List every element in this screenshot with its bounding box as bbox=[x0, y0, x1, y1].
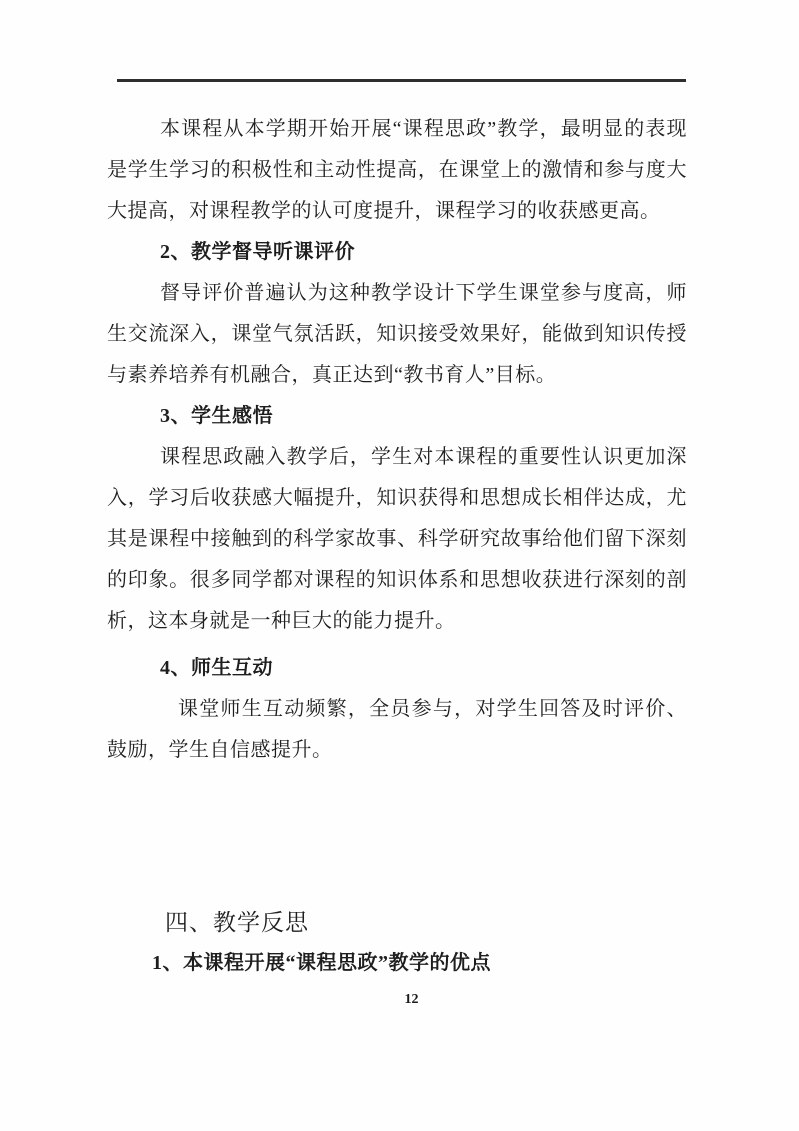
paragraph-course-ideology-intro: 本课程从本学期开始开展“课程思政”教学，最明显的表现是学生学习的积极性和主动性提… bbox=[107, 109, 687, 232]
paragraph-teacher-student-interaction: 课堂师生互动频繁，全员参与，对学生回答及时评价、鼓励，学生自信感提升。 bbox=[107, 689, 687, 771]
header-rule bbox=[117, 79, 686, 82]
heading-student-reflection: 3、学生感悟 bbox=[107, 396, 687, 437]
document-page: 本课程从本学期开始开展“课程思政”教学，最明显的表现是学生学习的积极性和主动性提… bbox=[0, 0, 799, 1131]
subsection-title-advantages: 1、本课程开展“课程思政”教学的优点 bbox=[107, 943, 687, 984]
heading-teacher-student-interaction: 4、师生互动 bbox=[107, 648, 687, 689]
section-title-teaching-reflection: 四、教学反思 bbox=[107, 903, 687, 943]
heading-supervisor-evaluation: 2、教学督导听课评价 bbox=[107, 232, 687, 273]
document-body: 本课程从本学期开始开展“课程思政”教学，最明显的表现是学生学习的积极性和主动性提… bbox=[107, 109, 687, 984]
paragraph-student-reflection: 课程思政融入教学后，学生对本课程的重要性认识更加深入，学习后收获感大幅提升，知识… bbox=[107, 437, 687, 642]
page-number: 12 bbox=[0, 992, 799, 1008]
paragraph-supervisor-evaluation: 督导评价普遍认为这种教学设计下学生课堂参与度高，师生交流深入，课堂气氛活跃，知识… bbox=[107, 273, 687, 396]
